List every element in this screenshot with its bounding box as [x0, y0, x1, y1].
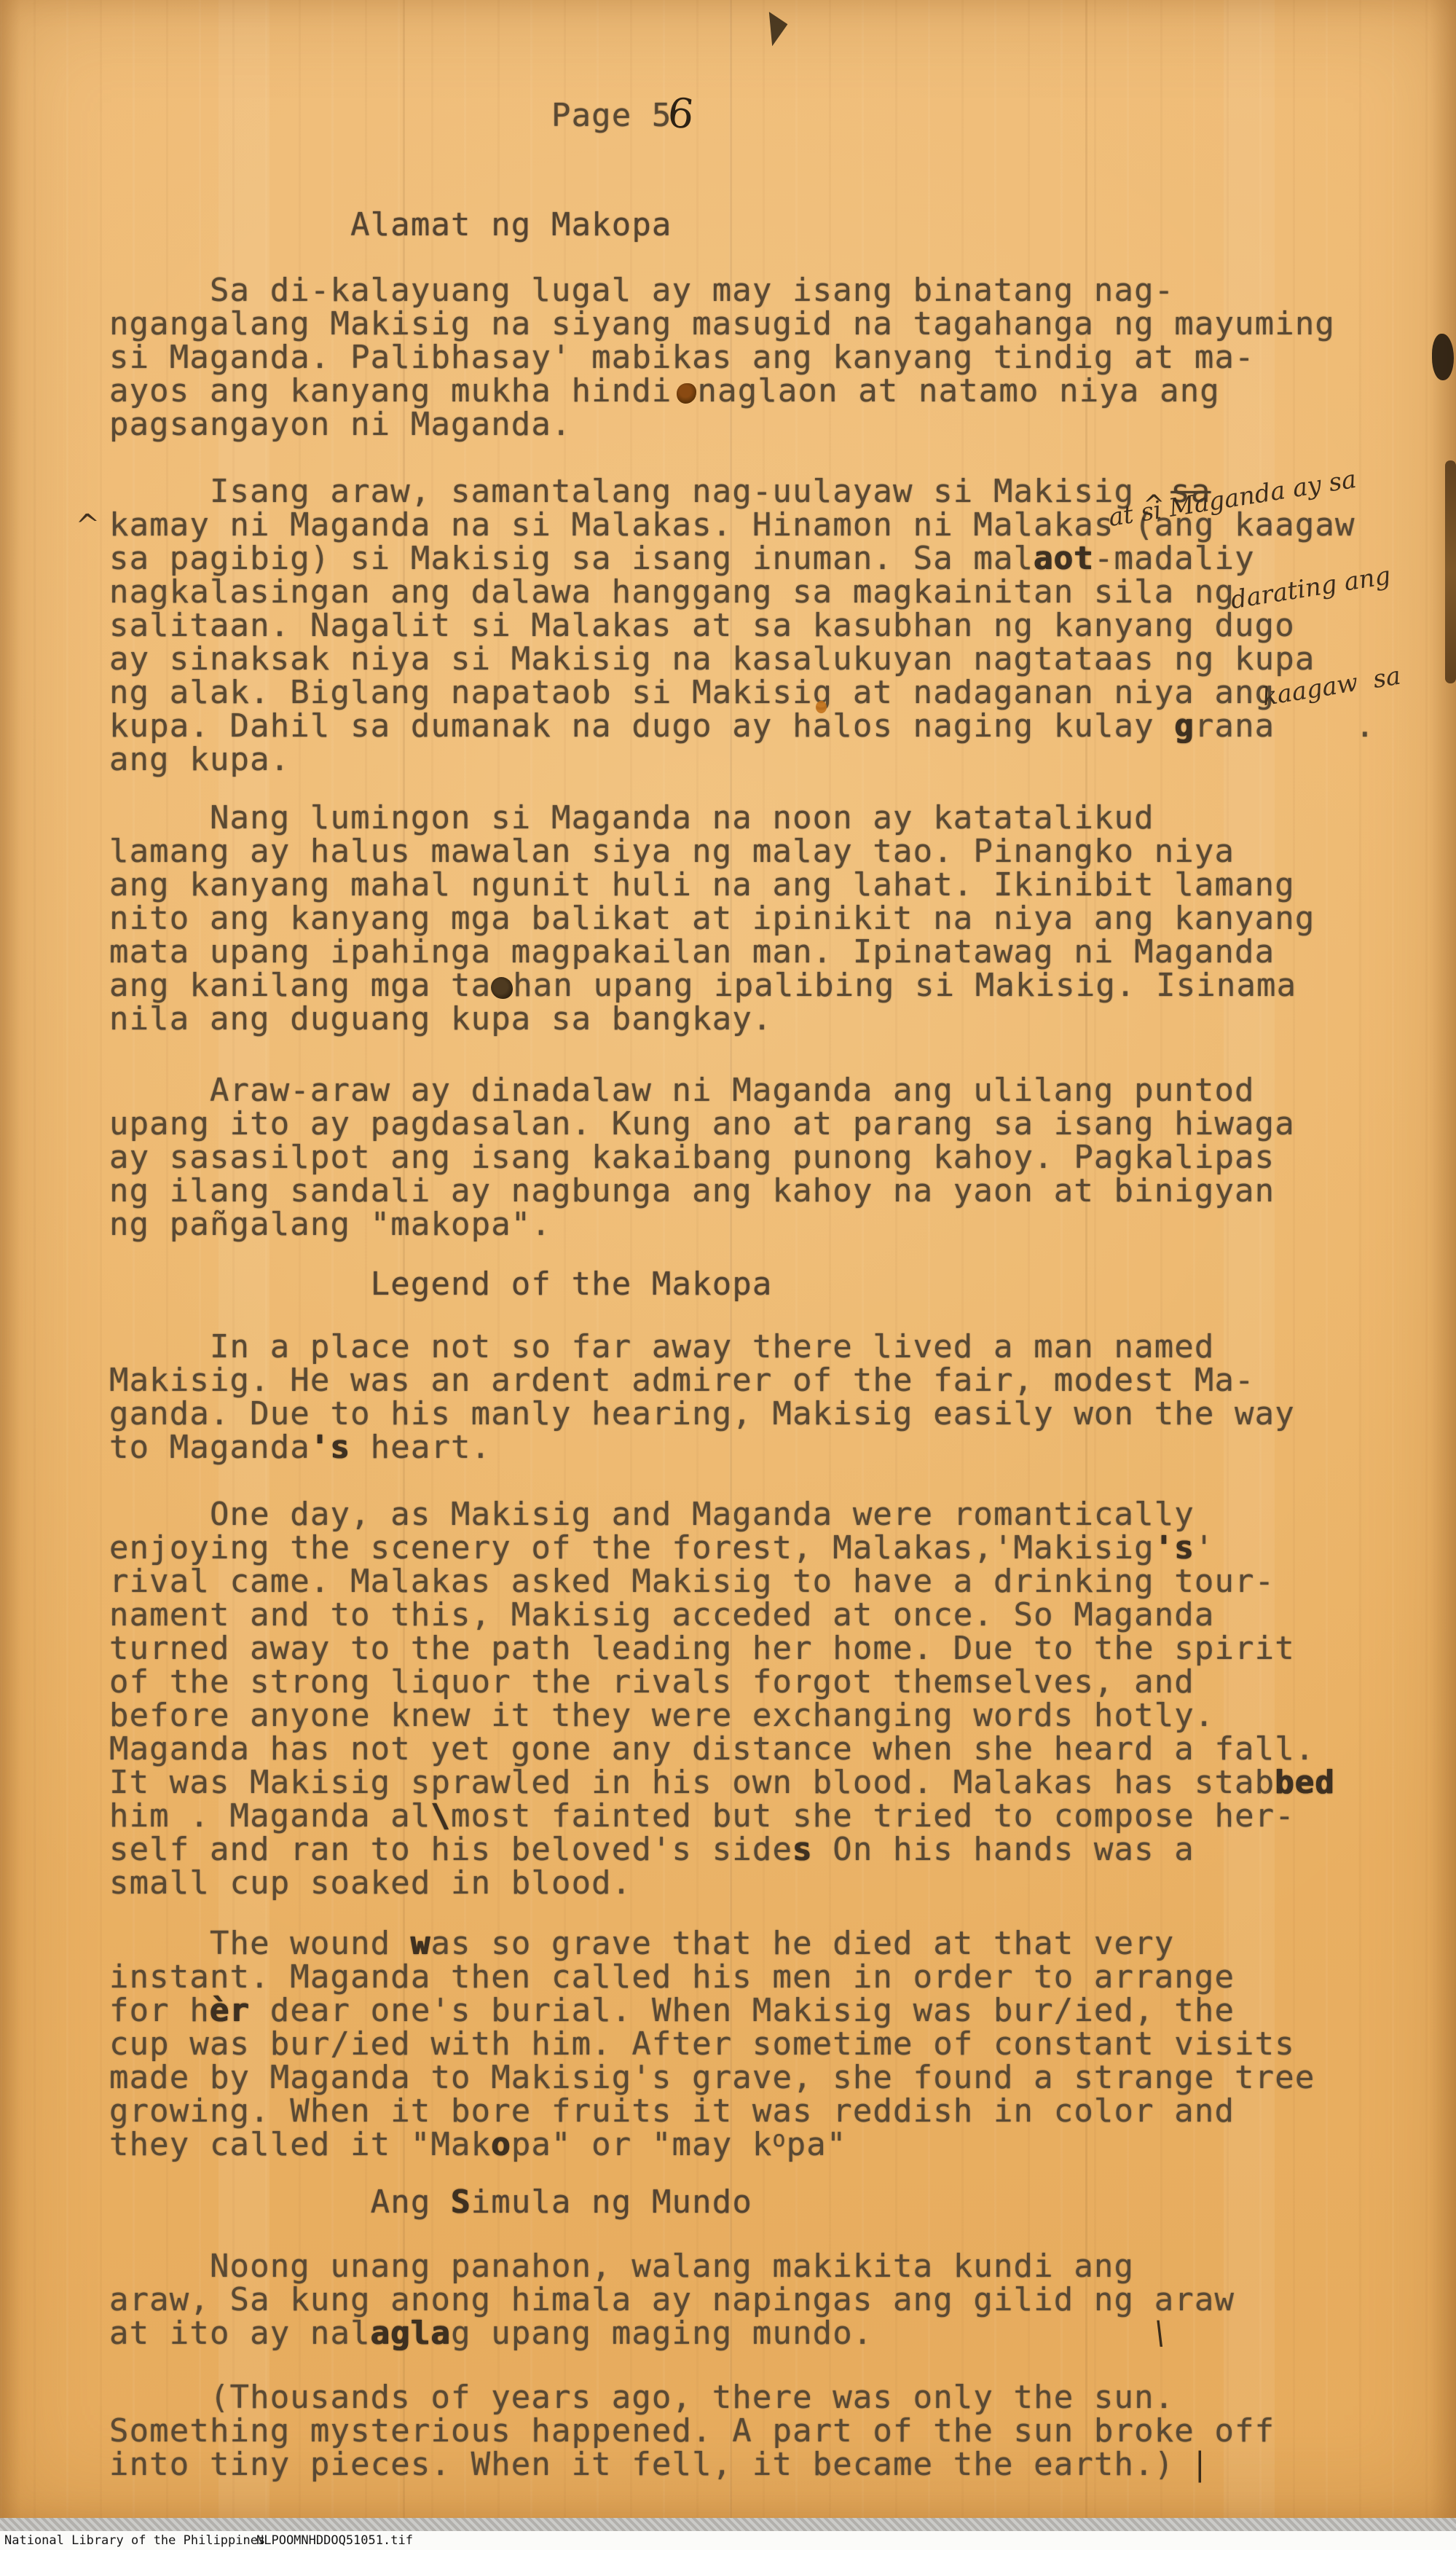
typed-line: turned away to the path leading her home…: [109, 1632, 1456, 1666]
typed-text: Alamat ng Makopa: [109, 206, 672, 243]
typed-line: upang ito ay pagdasalan. Kung ano at par…: [109, 1107, 1456, 1141]
typed-text: self and ran to his beloved's side: [109, 1831, 792, 1868]
typed-line: nito ang kanyang mga balikat at ipinikit…: [109, 902, 1456, 935]
overtyped-text: 's: [310, 1429, 350, 1466]
typed-line: si Maganda. Palibhasay' mabikas ang kany…: [109, 341, 1456, 374]
left-edge-shadow: [0, 0, 20, 2518]
english-paragraph-1: In a place not so far away there lived a…: [109, 1330, 1456, 1464]
typed-text: ngangalang Makisig na siyang masugid na …: [109, 305, 1335, 342]
typed-line: lamang ay halus mawalan siya ng malay ta…: [109, 835, 1456, 868]
english-paragraph-2: One day, as Makisig and Maganda were rom…: [109, 1498, 1456, 1900]
typed-text: made by Maganda to Makisig's grave, she …: [109, 2059, 1315, 2096]
typed-text: growing. When it bore fruits it was redd…: [109, 2092, 1235, 2130]
typed-text: rival came. Malakas asked Makisig to hav…: [109, 1563, 1275, 1600]
typed-text: lamang ay halus mawalan siya ng malay ta…: [109, 833, 1235, 870]
raised-char: o: [773, 2123, 787, 2157]
typed-line: him . Maganda al\most fainted but she tr…: [109, 1800, 1456, 1833]
typed-line: rival came. Malakas asked Makisig to hav…: [109, 1565, 1456, 1598]
typed-text: at ito ay nal: [109, 2315, 371, 2352]
typed-text: for h: [109, 1992, 210, 2029]
typed-text: [1174, 2446, 1195, 2483]
footer-filename: NLPOOMNHDDOQ51051.tif: [256, 2531, 413, 2550]
typed-text: [873, 2315, 1154, 2352]
typed-line: One day, as Makisig and Maganda were rom…: [109, 1498, 1456, 1531]
typed-text: into tiny pieces. When it fell, it becam…: [109, 2446, 1174, 2483]
typed-text: ng pañgalang "makopa".: [109, 1206, 551, 1243]
typed-line: ay sasasilpot ang isang kakaibang punong…: [109, 1141, 1456, 1174]
typed-line: of the strong liquor the rivals forgot t…: [109, 1666, 1456, 1699]
typed-line: Noong unang panahon, walang makikita kun…: [109, 2250, 1456, 2283]
typed-text: nament and to this, Makisig acceded at o…: [109, 1596, 1214, 1633]
typed-text: ang kupa.: [109, 741, 290, 778]
overtyped-text: w: [411, 1925, 431, 1962]
typed-line: Something mysterious happened. A part of…: [109, 2414, 1456, 2448]
typed-text: they called it "Mak: [109, 2126, 491, 2163]
typed-line: into tiny pieces. When it fell, it becam…: [109, 2448, 1456, 2482]
typed-text: mata upang ipahinga magpakailan man. Ipi…: [109, 933, 1275, 970]
typed-text: Nang lumingon si Maganda na noon ay kata…: [109, 799, 1154, 836]
typed-text: naglaon at natamo niya ang: [698, 372, 1220, 409]
typed-text: ang kanyang mahal ngunit huli na ang lah…: [109, 866, 1295, 903]
typed-line: Sa di-kalayuang lugal ay may isang binat…: [109, 274, 1456, 307]
typed-line: ngangalang Makisig na siyang masugid na …: [109, 307, 1456, 341]
english-paragraph-4: (Thousands of years ago, there was only …: [109, 2381, 1456, 2482]
typed-text: (Thousands of years ago, there was only …: [109, 2379, 1174, 2416]
typed-text: Isang araw, samantalang nag-uulayaw si M…: [109, 473, 1134, 510]
ink-blot: [677, 383, 696, 404]
typed-text: Legend of the Makopa: [109, 1266, 772, 1303]
english-paragraph-3: The wound was so grave that he died at t…: [109, 1927, 1456, 2162]
typed-text: araw, Sa kung anong himala ay napingas a…: [109, 2281, 1235, 2318]
typed-line: Legend of the Makopa: [109, 1268, 1456, 1301]
handwritten-page-number: 6: [666, 96, 696, 133]
typed-text: On his hands was a: [813, 1831, 1195, 1868]
footer-library-name: National Library of the Philippines: [4, 2531, 265, 2550]
typed-line: ang kanilang mga tahan upang ipalibing s…: [109, 969, 1456, 1003]
title-legend-of-the-makopa: Legend of the Makopa: [109, 1268, 1456, 1301]
typed-text: g upang maging mundo.: [451, 2315, 873, 2352]
typed-text: ng ilang sandali ay nagbunga ang kahoy n…: [109, 1172, 1275, 1209]
overtyped-text: S: [451, 2184, 471, 2221]
typed-line: ng ilang sandali ay nagbunga ang kahoy n…: [109, 1174, 1456, 1208]
typed-text: The wound: [109, 1925, 411, 1962]
typed-text: before anyone knew it they were exchangi…: [109, 1697, 1214, 1734]
typed-line: cup was bur/ied with him. After sometime…: [109, 2028, 1456, 2061]
typed-text: ': [1195, 1529, 1215, 1566]
typed-line: The wound was so grave that he died at t…: [109, 1927, 1456, 1961]
typed-text: ng alak. Biglang napataob si Makisig at …: [109, 674, 1275, 711]
typed-line: for hèr dear one's burial. When Makisig …: [109, 1994, 1456, 2028]
typed-text: ang kanilang mga ta: [109, 967, 491, 1004]
typed-text: Something mysterious happened. A part of…: [109, 2412, 1275, 2449]
handwritten-annotation-line: at si Maganda ay sa: [1106, 460, 1377, 535]
scanner-footer-bar: National Library of the Philippines NLPO…: [0, 2531, 1456, 2550]
typed-text: nito ang kanyang mga balikat at ipinikit…: [109, 900, 1315, 937]
handwritten-caret-left-margin: ^: [74, 508, 101, 543]
typed-line: Maganda has not yet gone any distance wh…: [109, 1733, 1456, 1766]
typed-line: araw, Sa kung anong himala ay napingas a…: [109, 2283, 1456, 2317]
typed-text: pagsangayon ni Maganda.: [109, 406, 572, 443]
typed-text: si Maganda. Palibhasay' mabikas ang kany…: [109, 339, 1255, 376]
typed-text: ayos ang kanyang mukha hindi: [109, 372, 672, 409]
typed-line: ang kanyang mahal ngunit huli na ang lah…: [109, 868, 1456, 902]
typed-text: upang ito ay pagdasalan. Kung ano at par…: [109, 1105, 1295, 1142]
typed-text: to Maganda: [109, 1429, 310, 1466]
typed-text: One day, as Makisig and Maganda were rom…: [109, 1496, 1195, 1533]
typed-text: instant. Maganda then called his men in …: [109, 1958, 1235, 1996]
typed-text: nila ang duguang kupa sa bangkay.: [109, 1000, 772, 1037]
typed-line: Alamat ng Makopa: [109, 208, 1456, 242]
typed-text: han upang ipalibing si Makisig. Isinama: [513, 967, 1296, 1004]
typed-line: nament and to this, Makisig acceded at o…: [109, 1598, 1456, 1632]
typed-text: nagkalasingan ang dalawa hanggang sa mag…: [109, 573, 1235, 611]
typed-text: as so grave that he died at that very: [430, 1925, 1174, 1962]
overtyped-text: \: [430, 1797, 451, 1835]
typed-text: small cup soaked in blood.: [109, 1864, 631, 1902]
typed-text: salitaan. Nagalit si Malakas at sa kasub…: [109, 607, 1295, 644]
typed-text: Makisig. He was an ardent admirer of the…: [109, 1362, 1255, 1399]
overtyped-text: 's: [1154, 1529, 1195, 1566]
typed-text: imula ng Mundo: [471, 2184, 752, 2221]
typed-line: In a place not so far away there lived a…: [109, 1330, 1456, 1364]
typed-line: Ang Simula ng Mundo: [109, 2186, 1456, 2219]
typed-line: to Maganda's heart.: [109, 1431, 1456, 1464]
typed-text: Noong unang panahon, walang makikita kun…: [109, 2248, 1134, 2285]
overtyped-text: o: [491, 2126, 511, 2163]
typed-line: they called it "Makopa" or "may kopa": [109, 2128, 1456, 2162]
overtyped-text: èr: [210, 1992, 250, 2029]
tagalog-paragraph-5: Noong unang panahon, walang makikita kun…: [109, 2250, 1456, 2350]
typed-line: made by Maganda to Makisig's grave, she …: [109, 2061, 1456, 2095]
typed-text: ay sasasilpot ang isang kakaibang punong…: [109, 1139, 1275, 1176]
typed-line: instant. Maganda then called his men in …: [109, 1961, 1456, 1994]
typed-text: cup was bur/ied with him. After sometime…: [109, 2025, 1295, 2063]
overtyped-text: aot: [1034, 540, 1094, 577]
ink-speck-char: a: [813, 707, 833, 745]
handwritten-annotation-line: kaagaw sa: [1260, 658, 1409, 714]
typed-line: nila ang duguang kupa sa bangkay.: [109, 1003, 1456, 1036]
typed-text: pa" or "may k: [511, 2126, 773, 2163]
typed-line: enjoying the scenery of the forest, Mala…: [109, 1531, 1456, 1565]
typed-text: It was Makisig sprawled in his own blood…: [109, 1764, 1275, 1801]
typed-text: Araw-araw ay dinadalaw ni Maganda ang ul…: [109, 1072, 1255, 1109]
typed-line: (Thousands of years ago, there was only …: [109, 2381, 1456, 2414]
overtyped-text: bed: [1275, 1764, 1335, 1801]
typed-line: ganda. Due to his manly hearing, Makisig…: [109, 1397, 1456, 1431]
typed-line: self and ran to his beloved's sides On h…: [109, 1833, 1456, 1867]
typed-text: kupa. Dahil sa dumanak na dugo ay h: [109, 707, 813, 745]
typed-line: ng pañgalang "makopa".: [109, 1208, 1456, 1241]
handwritten-mark: |: [1195, 2446, 1206, 2483]
typed-line: Makisig. He was an ardent admirer of the…: [109, 1364, 1456, 1397]
typed-line: ayos ang kanyang mukha hindinaglaon at n…: [109, 374, 1456, 408]
typed-text: enjoying the scenery of the forest, Mala…: [109, 1529, 1154, 1566]
typed-line: Nang lumingon si Maganda na noon ay kata…: [109, 801, 1456, 835]
typed-text: Ang: [109, 2184, 451, 2221]
typed-text: turned away to the path leading her home…: [109, 1630, 1295, 1667]
typed-text: ganda. Due to his manly hearing, Makisig…: [109, 1395, 1295, 1432]
title-alamat-ng-makopa: Alamat ng Makopa: [109, 208, 1456, 242]
handwritten-annotation: at si Maganda ay sa darating ang kaagaw …: [1095, 393, 1414, 766]
handwritten-mark: \: [1154, 2315, 1166, 2352]
typed-text: heart.: [350, 1429, 491, 1466]
ink-blot: [491, 977, 513, 999]
page-number-line: Page 56: [109, 96, 1456, 130]
typed-text: dear one's burial. When Makisig was bur/…: [250, 1992, 1235, 2029]
typed-text: most fainted but she tried to compose he…: [451, 1797, 1295, 1835]
typed-line: before anyone knew it they were exchangi…: [109, 1699, 1456, 1733]
tagalog-paragraph-3: Nang lumingon si Maganda na noon ay kata…: [109, 801, 1456, 1036]
typed-text: pa": [787, 2126, 847, 2163]
typed-line: Araw-araw ay dinadalaw ni Maganda ang ul…: [109, 1074, 1456, 1107]
typed-text: Sa di-kalayuang lugal ay may isang binat…: [109, 272, 1174, 309]
typed-line: at ito ay nalaglag upang maging mundo. \: [109, 2317, 1456, 2350]
typed-line: It was Makisig sprawled in his own blood…: [109, 1766, 1456, 1800]
typed-text: Maganda has not yet gone any distance wh…: [109, 1730, 1315, 1768]
typed-line: small cup soaked in blood.: [109, 1867, 1456, 1900]
typed-text: los naging kulay: [833, 707, 1174, 745]
typed-line: mata upang ipahinga magpakailan man. Ipi…: [109, 935, 1456, 969]
typed-text: of the strong liquor the rivals forgot t…: [109, 1663, 1195, 1700]
typed-text: him . Maganda al: [109, 1797, 430, 1835]
handwritten-annotation-line: darating ang: [1228, 559, 1393, 617]
typed-line: Page 56: [109, 96, 1456, 130]
title-ang-simula-ng-mundo: Ang Simula ng Mundo: [109, 2186, 1456, 2219]
scanner-hatch-strip: [0, 2518, 1456, 2531]
typed-text: In a place not so far away there lived a…: [109, 1328, 1214, 1365]
overtyped-text: agla: [371, 2315, 451, 2352]
typed-text: Page 5: [109, 97, 672, 134]
typed-text: sa pagibig) si Makisig sa isang inuman. …: [109, 540, 1034, 577]
overtyped-text: s: [792, 1831, 813, 1868]
scanned-document-page: { "document": { "colors": { "paper": "#e…: [0, 0, 1456, 2550]
tagalog-paragraph-4: Araw-araw ay dinadalaw ni Maganda ang ul…: [109, 1074, 1456, 1241]
